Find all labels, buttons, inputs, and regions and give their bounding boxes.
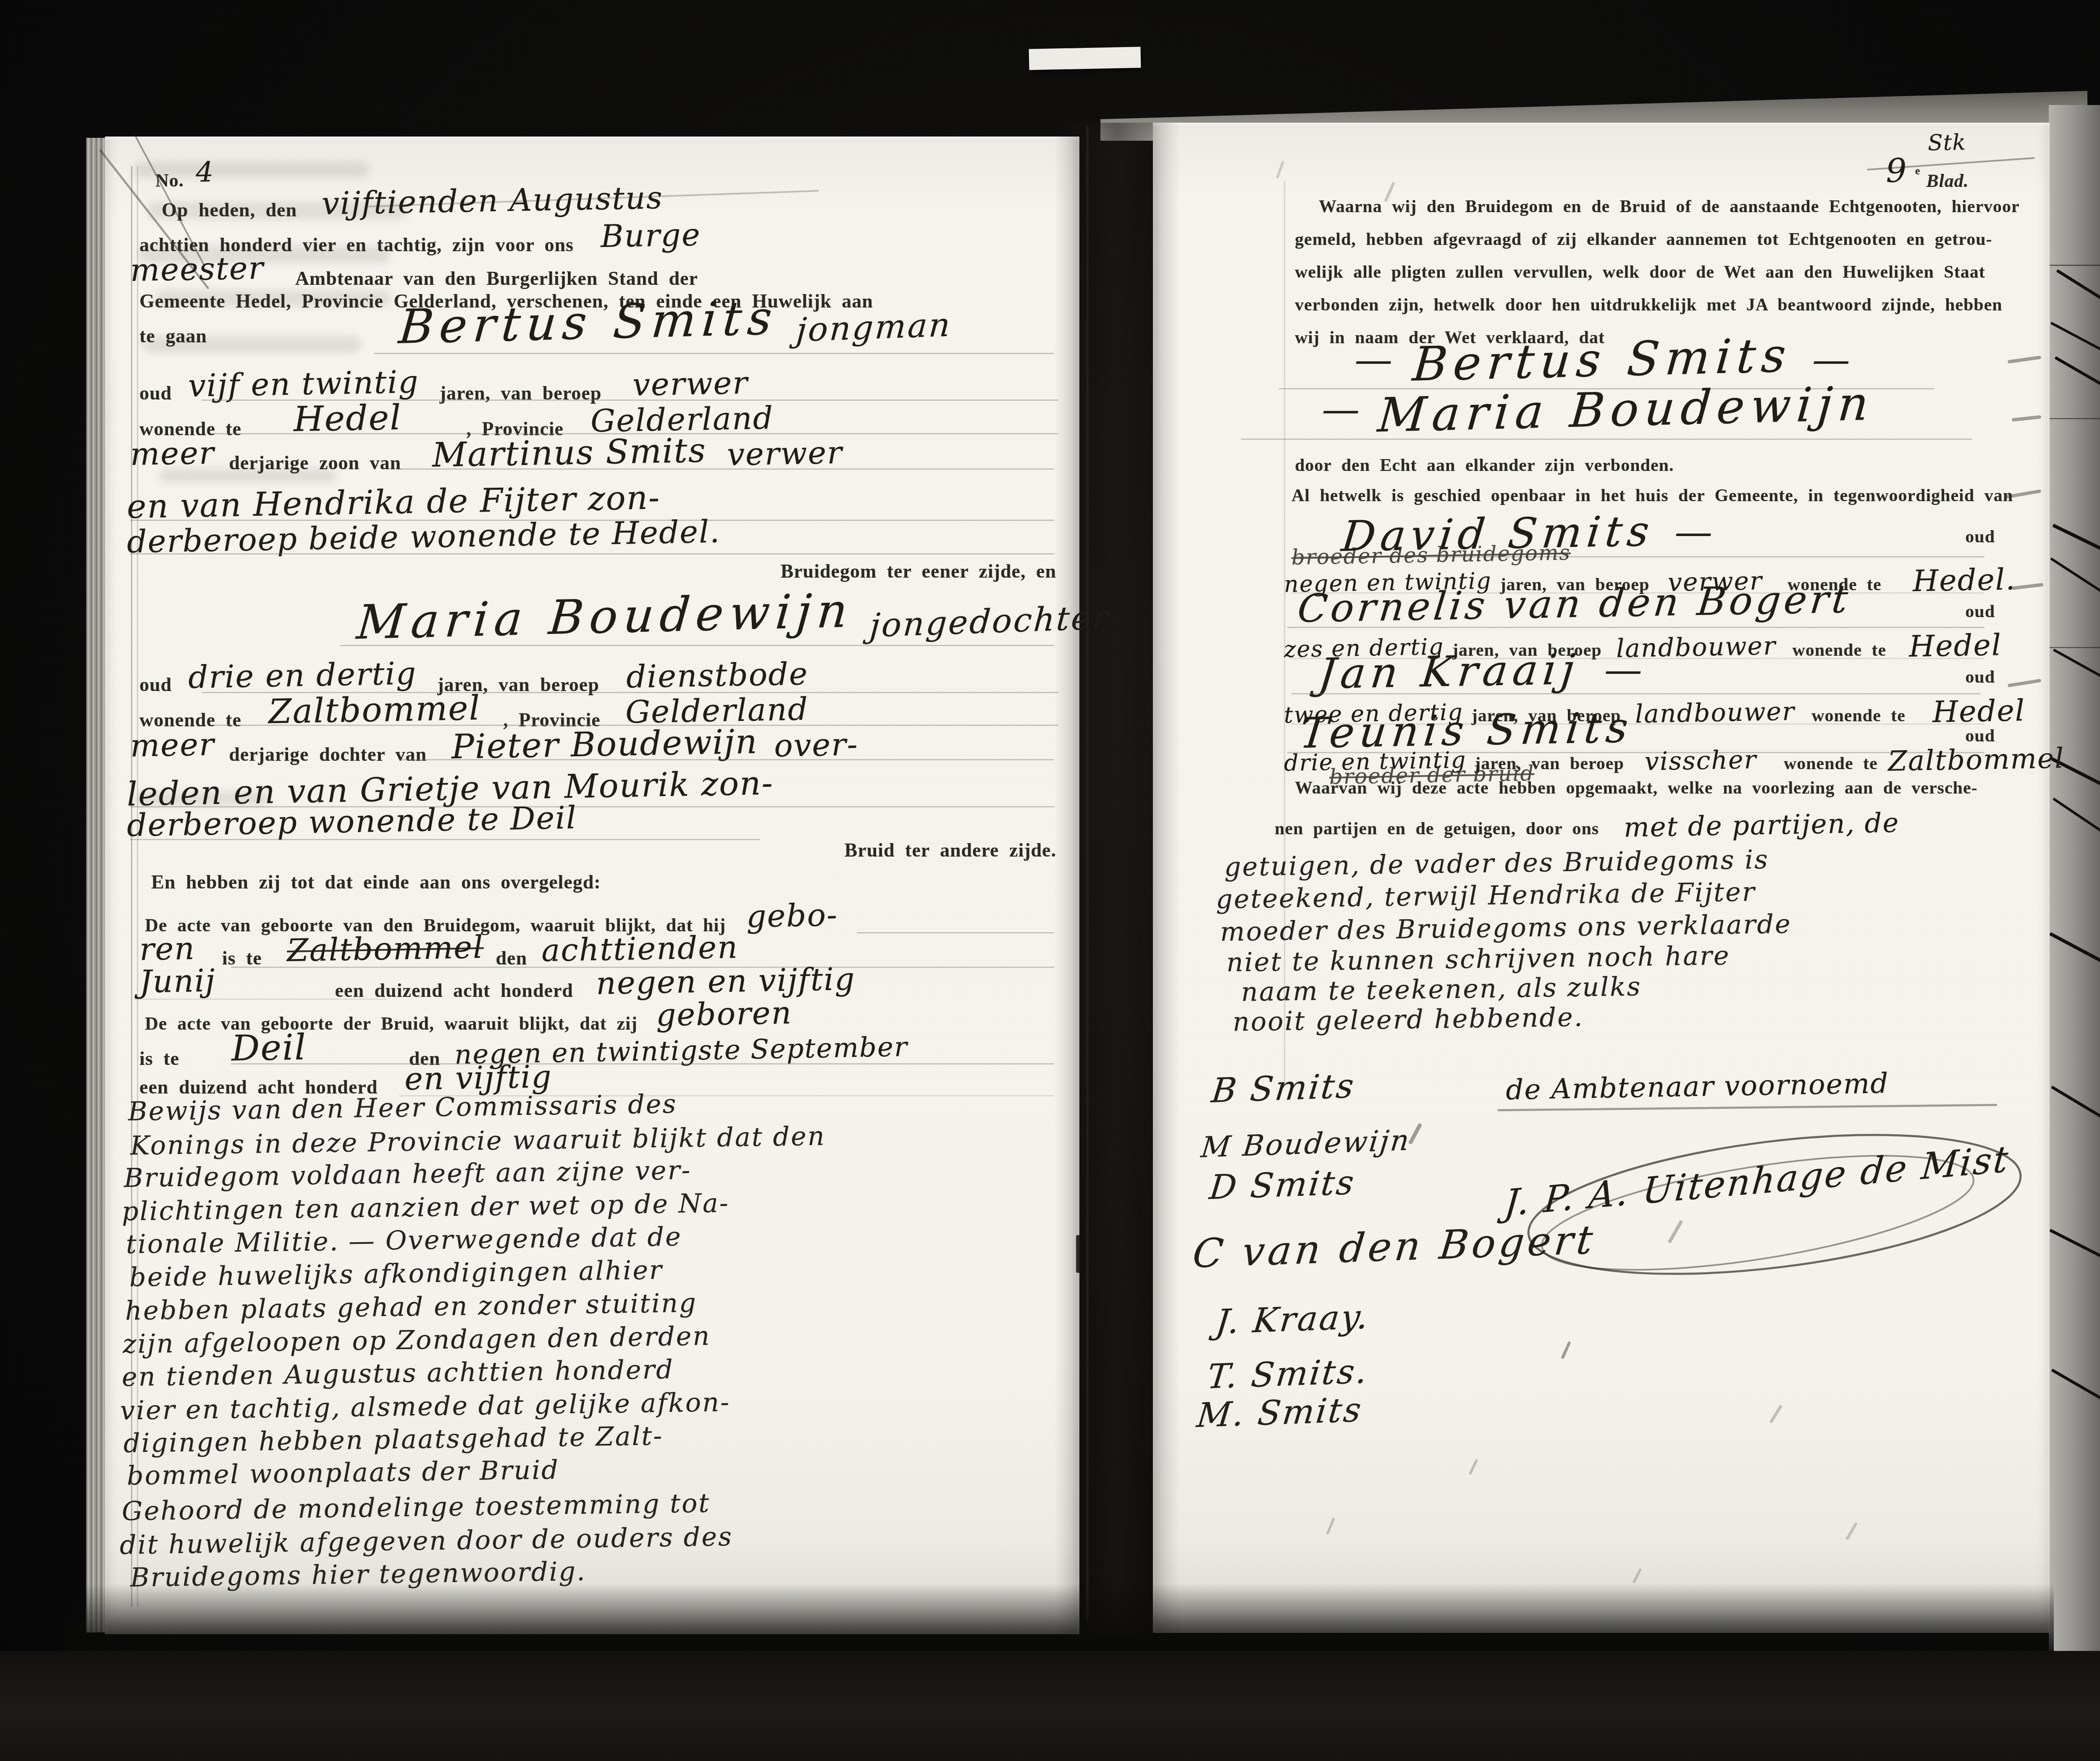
handwritten-text: met de partijen, de bbox=[1624, 807, 1900, 843]
signature-handwritten: D Smits bbox=[1207, 1163, 1357, 1207]
flourish-dash: — bbox=[1604, 648, 1642, 692]
handwritten-text: nooit geleerd hebbende. bbox=[1233, 1001, 1584, 1037]
handwritten-text: en tienden Augustus achttien honderd bbox=[122, 1354, 675, 1392]
bride-name-line: Maria Boudewijn jongedochter bbox=[357, 589, 1110, 644]
groom-birthmonth-handwritten: Junij bbox=[139, 962, 216, 1000]
handwritten-text: bommel woonplaats der Bruid bbox=[127, 1454, 560, 1491]
printed-text: den bbox=[496, 947, 527, 969]
militia-paragraph-line: zijn afgeloopen op Zondagen den derden bbox=[123, 1325, 711, 1355]
printed-text: Waarvan wij deze acte hebben opgemaakt, … bbox=[1295, 778, 1978, 798]
handwritten-text: Konings in deze Provincie waaruit blijkt… bbox=[130, 1120, 826, 1161]
handwritten-text: gebo- bbox=[746, 897, 838, 935]
witness-name-line: Jan Kraaij — bbox=[1319, 647, 1642, 696]
ink-speckle bbox=[1845, 1522, 1858, 1540]
signature-line: J. Kraay. bbox=[1216, 1300, 1370, 1339]
printed-text: oud bbox=[1965, 527, 1995, 547]
declaration-line: Waarna wij den Bruidegom en de Bruid of … bbox=[1319, 197, 2020, 217]
right-fore-edge bbox=[2049, 105, 2100, 1761]
sheet-note-handwritten: Stk bbox=[1927, 130, 1966, 156]
bride-birthplace-handwritten: Deil bbox=[231, 1026, 307, 1069]
militia-paragraph-line: Gehoord de mondelinge toestemming tot bbox=[122, 1492, 710, 1522]
militia-paragraph-line: Bewijs van den Heer Commissaris des bbox=[128, 1092, 677, 1123]
ink-speckle bbox=[1326, 1517, 1335, 1535]
bruidegom-side-line: Bruidegom ter eener zijde, en bbox=[780, 560, 1056, 582]
closing-hw-line: geteekend, terwijl Hendrika de Fijter bbox=[1216, 880, 1756, 911]
fore-edge-ink-stroke bbox=[2051, 1369, 2100, 1407]
printed-text: wonende te bbox=[1784, 754, 1878, 773]
militia-paragraph-line: en tienden Augustus achttien honderd bbox=[122, 1358, 674, 1388]
signature-line: M. Smits bbox=[1197, 1393, 1362, 1432]
printed-text: verbonden zijn, hetwelk door hen uitdruk… bbox=[1295, 295, 2003, 315]
handwritten-text: geboren bbox=[656, 995, 792, 1033]
declaration-line: welijk alle pligten zullen vervullen, we… bbox=[1295, 262, 1985, 282]
printed-text: Al hetwelk is geschied openbaar in het h… bbox=[1291, 486, 2013, 505]
militia-paragraph-line: vier en tachtig, alsmede dat gelijke afk… bbox=[120, 1391, 730, 1422]
sheet-number-handwritten: 9 bbox=[1885, 152, 1908, 190]
line-te-gaan: te gaan bbox=[139, 325, 207, 347]
declaration-line: verbonden zijn, hetwelk door hen uitdruk… bbox=[1295, 295, 2003, 315]
handwritten-text: derberoep wonende te Deil bbox=[126, 800, 577, 844]
groom-parents-line: meer derjarige zoon van Martinus Smits v… bbox=[130, 438, 843, 477]
ruled-line bbox=[1241, 439, 1972, 440]
signature-line: T. Smits. bbox=[1207, 1354, 1368, 1393]
bride-occupation-handwritten: dienstbode bbox=[626, 656, 808, 695]
gutter-ink-mark bbox=[1079, 496, 1083, 521]
militia-paragraph-line: digingen hebben plaatsgehad te Zalt- bbox=[123, 1424, 663, 1455]
pen-underline bbox=[1497, 1104, 1997, 1111]
bruid-side-line: Bruid ter andere zijde. bbox=[845, 839, 1056, 861]
printed-text: door den Echt aan elkander zijn verbonde… bbox=[1295, 456, 1674, 475]
flourish-dash: — bbox=[1322, 387, 1360, 431]
sheet-note-line: Stk bbox=[1928, 133, 1966, 158]
line-meester: meester Ambtenaar van den Burgerlijken S… bbox=[130, 256, 698, 292]
witness-name-line: Cornelis van den Bogert bbox=[1298, 581, 1851, 626]
connect-line: door den Echt aan elkander zijn verbonde… bbox=[1295, 455, 1674, 476]
militia-paragraph-line: plichtingen ten aanzien der wet op de Na… bbox=[122, 1192, 730, 1222]
bride-age-handwritten: drie en dertig bbox=[188, 655, 417, 695]
militia-paragraph-line: dit huwelijk afgegeven door de ouders de… bbox=[120, 1525, 733, 1556]
sheet-number-suffix: e bbox=[1915, 165, 1921, 177]
oud-label: oud bbox=[1965, 527, 1995, 547]
witness-place-handwritten: Zaltbommel bbox=[1887, 742, 2064, 777]
closing-hw-line: nooit geleerd hebbende. bbox=[1233, 1004, 1583, 1035]
handwritten-text: Bewijs van den Heer Commissaris des bbox=[128, 1088, 677, 1127]
ruled-line bbox=[130, 553, 1054, 555]
closing-hw-line: moeder des Bruidegoms ons verklaarde bbox=[1220, 912, 1792, 943]
gutter-shadow bbox=[1054, 123, 1180, 1633]
right-page: Stk 9 e Blad. Waarna wij den Bruidegom e… bbox=[1153, 123, 2050, 1633]
handwritten-meer: meer bbox=[130, 435, 215, 472]
fore-edge-ink-stroke bbox=[2053, 649, 2100, 681]
printed-text: Waarna wij den Bruidegom en de Bruid of … bbox=[1319, 197, 2020, 216]
groom-status-handwritten: jongman bbox=[795, 306, 953, 349]
militia-paragraph-line: hebben plaats gehad en zonder stuiting bbox=[125, 1291, 697, 1322]
sheet-label: Blad. bbox=[1926, 171, 1969, 191]
gutter-ink-mark bbox=[1076, 1235, 1081, 1273]
printed-text: nen partijen en de getuigen, door ons bbox=[1275, 819, 1599, 838]
sheet-number-line: 9 e Blad. bbox=[1886, 157, 1969, 195]
printed-text: oud bbox=[139, 674, 172, 695]
fore-edge-ink-stroke bbox=[2051, 1086, 2100, 1127]
printed-text: derjarige zoon van bbox=[229, 452, 401, 473]
flourish-dash: — bbox=[1675, 510, 1712, 554]
handwritten-text: zijn afgeloopen op Zondagen den derden bbox=[123, 1320, 711, 1359]
margin-writing-fragment bbox=[2008, 679, 2041, 687]
flourish-dash: — bbox=[1812, 338, 1850, 382]
printed-text: Bruidegom ter eener zijde, en bbox=[780, 560, 1056, 582]
handwritten-text: plichtingen ten aanzien der wet op de Na… bbox=[122, 1188, 730, 1227]
fore-edge-page-line bbox=[2049, 418, 2100, 419]
closing-hw-line: niet te kunnen schrijven noch hare bbox=[1226, 944, 1730, 974]
fore-edge-ink-stroke bbox=[2053, 798, 2100, 835]
ruled-line bbox=[399, 468, 1054, 470]
signature-handwritten: M. Smits bbox=[1195, 1390, 1365, 1435]
ruled-line bbox=[134, 999, 386, 1000]
official-title-handwritten: de Ambtenaar voornoemd bbox=[1505, 1067, 1889, 1106]
fore-edge-page-line bbox=[2049, 265, 2100, 266]
printed-text: Ambtenaar van den Burgerlijken Stand der bbox=[295, 268, 698, 289]
closing-line: Waarvan wij deze acte hebben opgemaakt, … bbox=[1295, 778, 1978, 798]
printed-text: derjarige dochter van bbox=[229, 744, 427, 765]
signature-handwritten: T. Smits. bbox=[1205, 1351, 1370, 1396]
ink-speckle bbox=[1469, 1459, 1478, 1475]
margin-writing-fragment bbox=[2008, 355, 2041, 363]
handwritten-text: niet te kunnen schrijven noch hare bbox=[1226, 940, 1730, 978]
groom-name-line: Bertus Smits jongman bbox=[399, 295, 952, 350]
handwritten-text: dit huwelijk afgegeven door de ouders de… bbox=[120, 1521, 733, 1560]
gutter-crease-line bbox=[1086, 126, 1089, 1622]
handwritten-text: hebben plaats gehad en zonder stuiting bbox=[125, 1287, 698, 1326]
groom-father-occupation-handwritten: verwer bbox=[727, 435, 843, 473]
oud-label: oud bbox=[1965, 602, 1995, 622]
printed-text: wonende te bbox=[1811, 706, 1906, 725]
book-bottom-dark bbox=[0, 1651, 2100, 1761]
militia-paragraph-line: bommel woonplaats der Bruid bbox=[127, 1457, 559, 1488]
handwritten-text: digingen hebben plaatsgehad te Zalt- bbox=[123, 1420, 664, 1459]
signature-line: D Smits bbox=[1210, 1165, 1355, 1204]
printed-text: is te bbox=[222, 947, 262, 969]
militia-paragraph-line: beide huwelijks afkondigingen alhier bbox=[129, 1258, 663, 1289]
printed-text: gemeld, hebben afgevraagd of zij elkande… bbox=[1295, 230, 1992, 249]
groom-parents-residence-line: derberoep beide wonende te Hedel. bbox=[127, 524, 720, 560]
signature-handwritten: M Boudewijn bbox=[1200, 1124, 1412, 1164]
groom-birthyear-handwritten: negen en vijftig bbox=[596, 961, 856, 1002]
ink-speckle bbox=[1633, 1568, 1642, 1584]
handwritten-meer: meer bbox=[130, 726, 215, 764]
militia-paragraph-line: Bruidegom voldaan heeft aan zijne ver- bbox=[124, 1159, 691, 1189]
left-page: No. 4 Op heden, den vijftienden Augustus… bbox=[105, 137, 1079, 1634]
margin-writing-fragment bbox=[2012, 415, 2041, 421]
printed-text: wonende te bbox=[1792, 641, 1886, 660]
handwritten-text: ren bbox=[139, 930, 195, 967]
handwritten-burge: Burge bbox=[600, 217, 701, 255]
overgelegd-line: En hebben zij tot dat einde aan ons over… bbox=[151, 871, 601, 893]
handwritten-text: tionale Militie. — Overwegende dat de bbox=[126, 1221, 682, 1259]
militia-paragraph-line: Konings in deze Provincie waaruit blijkt… bbox=[130, 1125, 826, 1156]
bride-declared-name: Maria Boudewijn bbox=[1376, 376, 1877, 443]
official-title-line: de Ambtenaar voornoemd bbox=[1506, 1070, 1889, 1103]
handwritten-date: vijftienden Augustus bbox=[321, 180, 663, 222]
handwritten-text: Gehoord de mondelinge toestemming tot bbox=[122, 1488, 711, 1527]
ink-speckle bbox=[1769, 1405, 1782, 1423]
ruled-line bbox=[374, 353, 1054, 354]
bookmark-tab bbox=[1029, 47, 1141, 70]
scanned-marriage-register-spread: No. 4 Op heden, den vijftienden Augustus… bbox=[0, 0, 2100, 1761]
fore-edge-ink-stroke bbox=[2049, 1229, 2100, 1269]
witness-name-handwritten: Jan Kraaij bbox=[1316, 644, 1582, 698]
declaration-line: gemeld, hebben afgevraagd of zij elkande… bbox=[1295, 229, 1992, 250]
printed-text: Op heden, den bbox=[162, 199, 297, 221]
oud-label: oud bbox=[1965, 667, 1995, 687]
printed-text: een duizend acht honderd bbox=[335, 980, 573, 1001]
presence-line: Al hetwelk is geschied openbaar in het h… bbox=[1291, 486, 2013, 506]
bride-name-handwritten: Maria Boudewijn bbox=[355, 583, 856, 650]
handwritten-text: getuigen, de vader des Bruidegoms is bbox=[1224, 844, 1769, 882]
fore-edge-ink-stroke bbox=[2055, 356, 2100, 394]
flourish-dash: — bbox=[1354, 338, 1392, 382]
printed-text: oud bbox=[1965, 668, 1995, 687]
ruled-line bbox=[130, 839, 760, 840]
fore-edge-ink-stroke bbox=[2056, 269, 2100, 305]
signature-line: B Smits bbox=[1212, 1069, 1355, 1108]
handwritten-meester: meester bbox=[130, 250, 264, 289]
ruled-line bbox=[231, 1063, 1054, 1064]
printed-text: oud bbox=[1965, 602, 1995, 621]
fore-edge-ink-stroke bbox=[2052, 524, 2100, 564]
ruled-line bbox=[399, 759, 1054, 760]
signature-handwritten: B Smits bbox=[1210, 1066, 1357, 1110]
signature-handwritten: J. Kraay. bbox=[1214, 1297, 1372, 1341]
militia-paragraph-line: tionale Militie. — Overwegende dat de bbox=[126, 1225, 682, 1256]
signature-line: M Boudewijn bbox=[1201, 1128, 1411, 1161]
groom-birthplace-handwritten: Zaltbommel bbox=[286, 929, 484, 969]
line-date: Op heden, den vijftienden Augustus bbox=[162, 188, 663, 224]
ruled-line bbox=[340, 645, 1054, 646]
official-signature-block: J. P. A. Uitenhage de Mist bbox=[1480, 1114, 2035, 1295]
witness-name-handwritten: Cornelis van den Bogert bbox=[1295, 576, 1853, 631]
closing-hw-line: getuigen, de vader des Bruidegoms is bbox=[1224, 848, 1769, 878]
bride-parents-line: meer derjarige dochter van Pieter Boudew… bbox=[130, 730, 858, 769]
handwritten-text: Bruidegom voldaan heeft aan zijne ver- bbox=[124, 1155, 692, 1193]
handwritten-text: beide huwelijks afkondigingen alhier bbox=[129, 1254, 663, 1293]
handwritten-text: vier en tachtig, alsmede dat gelijke afk… bbox=[120, 1387, 731, 1426]
printed-text: Bruid ter andere zijde. bbox=[845, 839, 1056, 861]
ruled-line bbox=[1287, 627, 1984, 628]
printed-text: De acte van geboorte der Bruid, waaruit … bbox=[145, 1013, 638, 1034]
handwritten-text: over- bbox=[774, 726, 859, 764]
printed-text: oud bbox=[1965, 726, 1995, 746]
groom-birthday-handwritten: achttienden bbox=[541, 929, 738, 969]
fore-edge-ink-stroke bbox=[2050, 322, 2100, 361]
margin-writing-fragment bbox=[2012, 583, 2043, 590]
fore-edge-ink-stroke bbox=[2050, 557, 2100, 596]
printed-text: En hebben zij tot dat einde aan ons over… bbox=[151, 871, 601, 893]
ruled-line bbox=[857, 932, 1054, 933]
groom-occupation-handwritten: verwer bbox=[633, 365, 749, 403]
printed-text: welijk alle pligten zullen vervullen, we… bbox=[1295, 263, 1985, 282]
printed-text: te gaan bbox=[139, 325, 207, 347]
groom-name-handwritten: Bertus Smits bbox=[397, 291, 780, 355]
ink-speckle bbox=[1276, 160, 1285, 179]
fore-edge-page-line bbox=[2049, 647, 2100, 648]
printed-text: oud bbox=[139, 382, 172, 404]
witness-occupation-handwritten: visscher bbox=[1644, 745, 1757, 777]
closing-hw-line: naam te teekenen, als zulks bbox=[1241, 974, 1641, 1004]
handwritten-text: geteekend, terwijl Hendrika de Fijter bbox=[1216, 876, 1756, 915]
closing-line: nen partijen en de getuigen, door ons me… bbox=[1275, 810, 1899, 841]
fore-edge-ink-stroke bbox=[2049, 932, 2100, 978]
bride-declared-name-line: — Maria Boudewijn bbox=[1216, 382, 1997, 437]
act-number-value: 4 bbox=[195, 156, 214, 189]
ink-speckle bbox=[1561, 1341, 1571, 1359]
